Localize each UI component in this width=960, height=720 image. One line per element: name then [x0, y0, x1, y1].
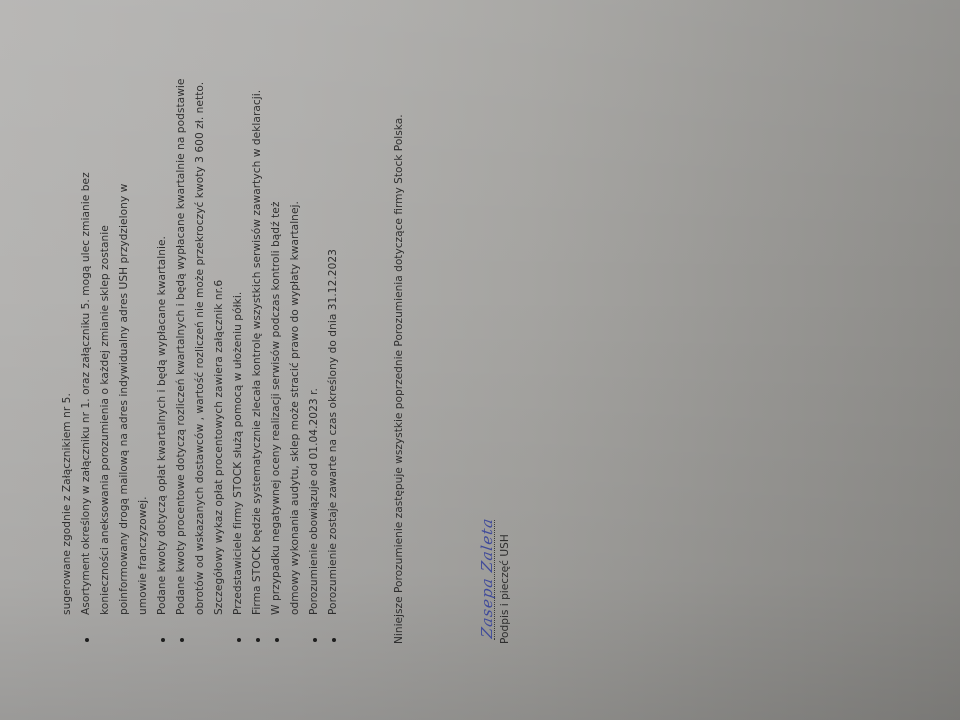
- bullet-icon: [180, 638, 184, 642]
- list-item-line: Szczegółowy wykaz opłat procentowych zaw…: [210, 5, 229, 615]
- list-item-line: Przedstawiciele firmy STOCK służą pomocą…: [229, 5, 248, 615]
- document-body: sugerowane zgodnie z Załącznikiem nr 5. …: [58, 5, 343, 615]
- list-item-line: Porozumienie obowiązuje od 01.04.2023 r.: [305, 5, 324, 615]
- list-item-percentage-fees: Podane kwoty procentowe dotyczą rozlicze…: [172, 5, 229, 615]
- intro-line: sugerowane zgodnie z Załącznikiem nr 5.: [58, 5, 77, 615]
- list-item-assortment: Asortyment określony w załączniku nr 1. …: [77, 5, 153, 615]
- list-item-end-date: Porozumienie zostaje zawarte na czas okr…: [324, 5, 343, 615]
- list-item-quarterly-fees: Podane kwoty dotyczą opłat kwartalnych i…: [153, 5, 172, 615]
- list-item-shelf-help: Przedstawiciele firmy STOCK służą pomocą…: [229, 5, 248, 615]
- list-item-negative-assessment: W przypadku negatywnej oceny realizacji …: [267, 5, 305, 615]
- bullet-icon: [85, 638, 89, 642]
- list-item-control: Firma STOCK będzie systematycznie zlecał…: [248, 5, 267, 615]
- list-item-line: obrotów od wskazanych dostawców , wartoś…: [191, 5, 210, 615]
- bullet-icon: [332, 638, 336, 642]
- list-item-line: Podane kwoty procentowe dotyczą rozlicze…: [172, 5, 191, 615]
- bullet-icon: [256, 638, 260, 642]
- bullet-icon: [237, 638, 241, 642]
- list-item-line: konieczności aneksowania porozumienia o …: [96, 5, 115, 615]
- list-item-effective-date: Porozumienie obowiązuje od 01.04.2023 r.: [305, 5, 324, 615]
- list-item-line: W przypadku negatywnej oceny realizacji …: [267, 5, 286, 615]
- list-item-line: Firma STOCK będzie systematycznie zlecał…: [248, 5, 267, 615]
- bullet-icon: [275, 638, 279, 642]
- list-item-line: umowie franczyzowej.: [134, 5, 153, 615]
- bullet-icon: [161, 638, 165, 642]
- list-item-line: Podane kwoty dotyczą opłat kwartalnych i…: [153, 5, 172, 615]
- signature-block: Zasepa Zaleta Podpis i pieczęć USH: [478, 384, 538, 644]
- list-item-line: odmowy wykonania audytu, sklep może stra…: [286, 5, 305, 615]
- document-page: sugerowane zgodnie z Załącznikiem nr 5. …: [0, 0, 960, 720]
- signature-label: Podpis i pieczęć USH: [499, 534, 511, 644]
- list-item-line: poinformowany drogą mailową na adres ind…: [115, 5, 134, 615]
- signature-dotted-line: [494, 520, 495, 640]
- bullet-icon: [313, 638, 317, 642]
- list-item-line: Porozumienie zostaje zawarte na czas okr…: [324, 5, 343, 615]
- list-item-line: Asortyment określony w załączniku nr 1. …: [77, 5, 96, 615]
- closing-statement: Niniejsze Porozumienie zastępuje wszystk…: [393, 114, 405, 644]
